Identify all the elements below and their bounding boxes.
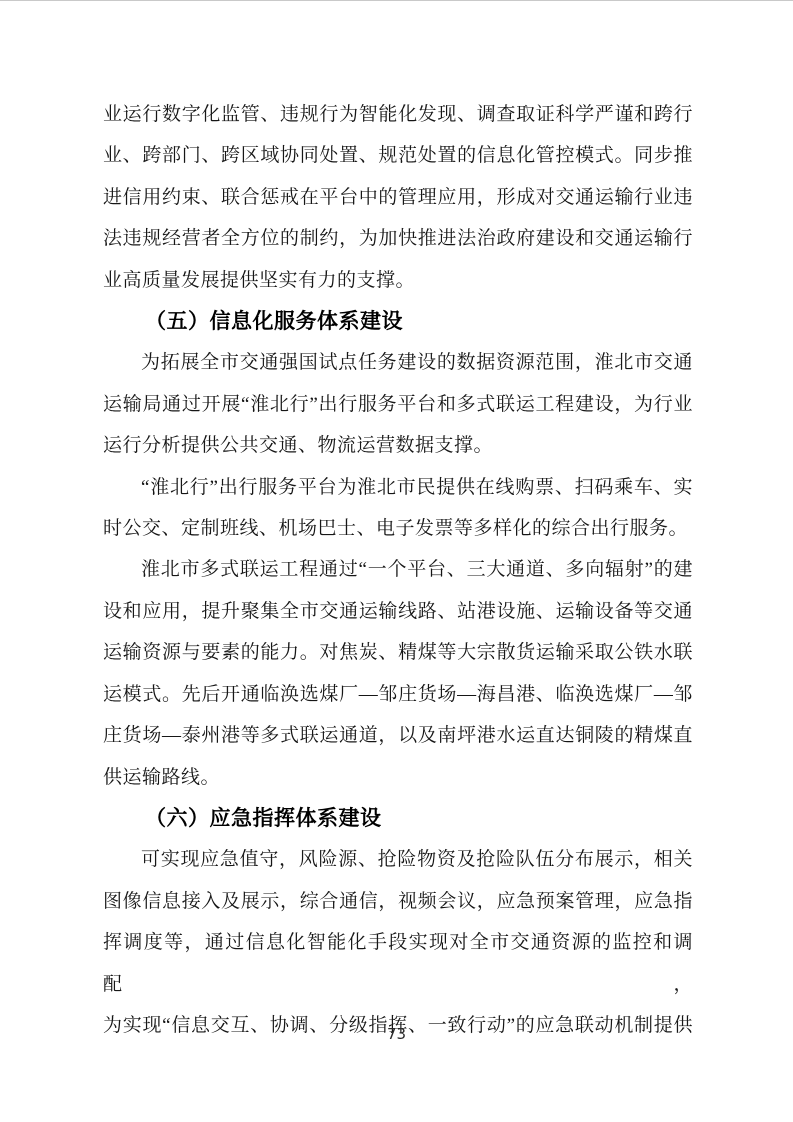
text-line: 运行分析提供公共交通、物流运营数据支撑。 — [103, 425, 693, 466]
text-line: 供运输路线。 — [103, 757, 693, 798]
text-line: 淮北市多式联运工程通过“一个平台、三大通道、多向辐射”的建 — [103, 549, 693, 590]
text-line: 庄货场—泰州港等多式联运通道，以及南坪港水运直达铜陵的精煤直 — [103, 715, 693, 756]
text-line: 业、跨部门、跨区域协同处置、规范处置的信息化管控模式。同步推 — [103, 135, 693, 176]
text-line: 图像信息接入及展示，综合通信，视频会议，应急预案管理，应急指 — [103, 881, 693, 922]
text-line: 时公交、定制班线、机场巴士、电子发票等多样化的综合出行服务。 — [103, 508, 693, 549]
page-number: 73 — [0, 1025, 793, 1047]
text-line: 可实现应急值守，风险源、抢险物资及抢险队伍分布展示，相关 — [103, 839, 693, 880]
text-line: 运输局通过开展“淮北行”出行服务平台和多式联运工程建设，为行业 — [103, 384, 693, 425]
text-line: 法违规经营者全方位的制约，为加快推进法治政府建设和交通运输行 — [103, 218, 693, 259]
text-line: 运模式。先后开通临涣选煤厂—邹庄货场—海昌港、临涣选煤厂—邹 — [103, 674, 693, 715]
text-line: 运输资源与要素的能力。对焦炭、精煤等大宗散货运输采取公铁水联 — [103, 632, 693, 673]
section-heading-6: （六）应急指挥体系建设 — [103, 798, 693, 839]
text-line: 挥调度等，通过信息化智能化手段实现对全市交通资源的监控和调配， — [103, 922, 693, 1005]
text-line: “淮北行”出行服务平台为淮北市民提供在线购票、扫码乘车、实 — [103, 467, 693, 508]
text-line: 进信用约束、联合惩戒在平台中的管理应用，形成对交通运输行业违 — [103, 177, 693, 218]
text-line: 业运行数字化监管、违规行为智能化发现、调查取证科学严谨和跨行 — [103, 94, 693, 135]
document-page: 业运行数字化监管、违规行为智能化发现、调查取证科学严谨和跨行 业、跨部门、跨区域… — [0, 0, 793, 1122]
text-line: 设和应用，提升聚集全市交通运输线路、站港设施、运输设备等交通 — [103, 591, 693, 632]
page-body: 业运行数字化监管、违规行为智能化发现、调查取证科学严谨和跨行 业、跨部门、跨区域… — [103, 94, 693, 1046]
text-line: 业高质量发展提供坚实有力的支撑。 — [103, 260, 693, 301]
text-line: 为拓展全市交通强国试点任务建设的数据资源范围，淮北市交通 — [103, 342, 693, 383]
section-heading-5: （五）信息化服务体系建设 — [103, 301, 693, 342]
